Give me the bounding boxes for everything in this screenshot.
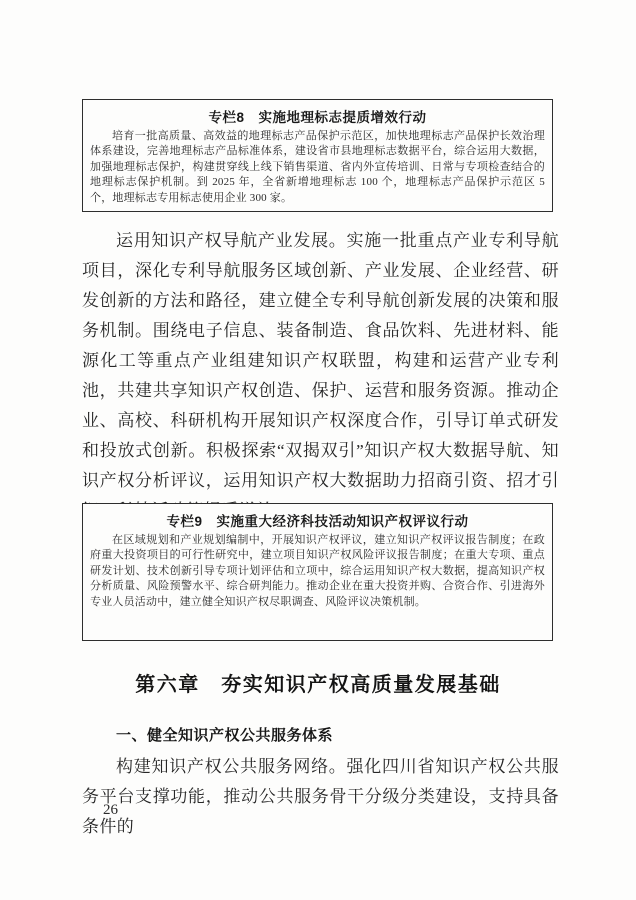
section-heading: 一、健全知识产权公共服务体系 [116, 724, 333, 745]
box9-body-text: 在区域规划和产业规划编制中，开展知识产权评议，建立知识产权评议报告制度；在政府重… [83, 530, 552, 610]
box8-title: 专栏8 实施地理标志提质增效行动 [83, 106, 552, 126]
chapter-heading: 第六章 夯实知识产权高质量发展基础 [0, 668, 636, 697]
callout-box-9: 专栏9 实施重大经济科技活动知识产权评议行动 在区域规划和产业规划编制中，开展知… [82, 503, 553, 641]
box9-title: 专栏9 实施重大经济科技活动知识产权评议行动 [83, 510, 552, 530]
paragraph-public-service: 构建知识产权公共服务网络。强化四川省知识产权公共服务平台支撑功能，推动公共服务骨… [82, 752, 559, 842]
paragraph-patent-navigation: 运用知识产权导航产业发展。实施一批重点产业专利导航项目，深化专利导航服务区域创新… [82, 226, 559, 526]
box8-body-text: 培育一批高质量、高效益的地理标志产品保护示范区，加快地理标志产品保护长效治理体系… [83, 126, 552, 206]
callout-box-8: 专栏8 实施地理标志提质增效行动 培育一批高质量、高效益的地理标志产品保护示范区… [82, 99, 553, 212]
page-number: 26 [103, 802, 118, 819]
document-page: 专栏8 实施地理标志提质增效行动 培育一批高质量、高效益的地理标志产品保护示范区… [0, 0, 636, 900]
